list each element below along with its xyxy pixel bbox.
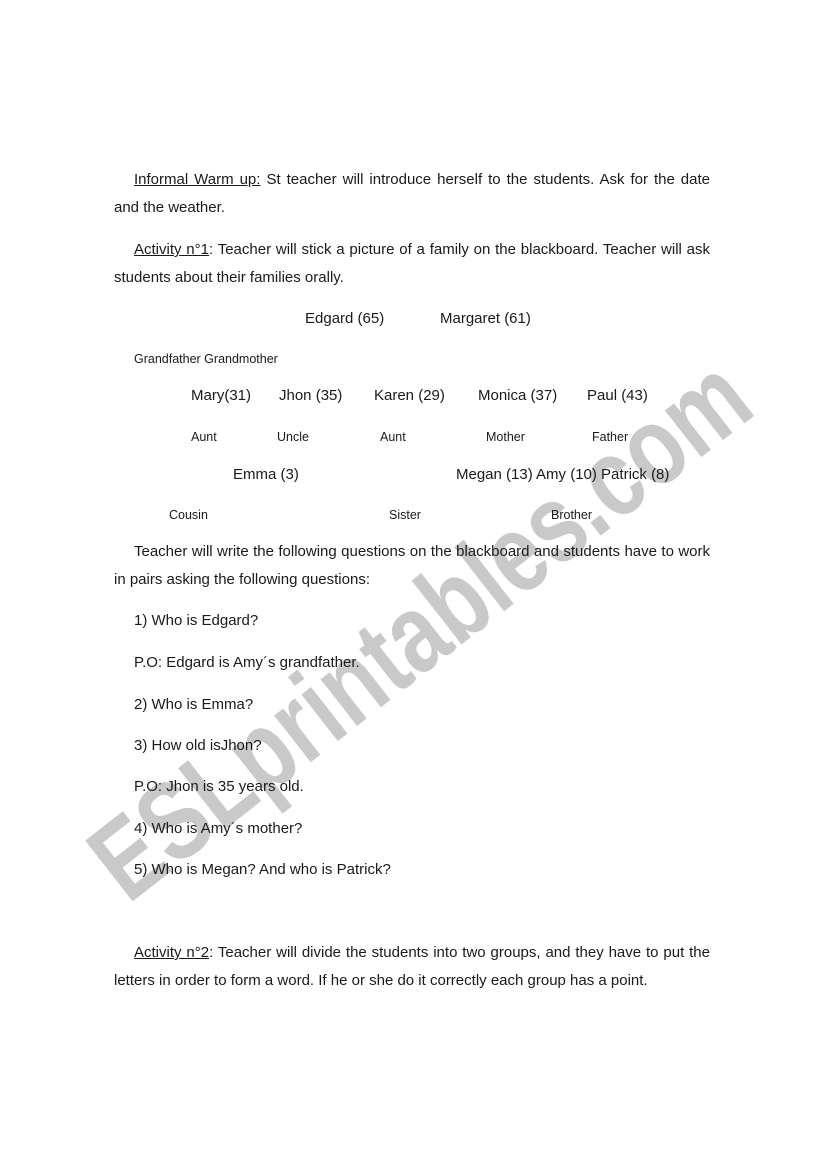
question-item: 4) Who is Amy´s mother? <box>134 820 302 837</box>
child-gen-relation: Sister <box>389 508 421 522</box>
activity1-paragraph: Activity n°1: Teacher will stick a pictu… <box>114 236 710 292</box>
activity2-heading: Activity n°2 <box>134 944 209 961</box>
grandfather-name: Edgard (65) <box>305 310 384 327</box>
question-item: 1) Who is Edgard? <box>134 612 258 629</box>
parent-gen-name: Mary(31) <box>191 387 251 404</box>
activity2-paragraph: Activity n°2: Teacher will divide the st… <box>114 939 710 995</box>
worksheet-page: ESLprintables.com Informal Warm up: St t… <box>0 0 826 1169</box>
parent-gen-name: Paul (43) <box>587 387 648 404</box>
warmup-heading: Informal Warm up: <box>134 171 260 188</box>
parent-gen-relation: Uncle <box>277 430 309 444</box>
parent-gen-relation: Father <box>592 430 628 444</box>
child-gen-relation: Brother <box>551 508 592 522</box>
questions-intro: Teacher will write the following questio… <box>114 538 710 594</box>
parent-gen-name: Jhon (35) <box>279 387 342 404</box>
parent-gen-name: Karen (29) <box>374 387 445 404</box>
question-item: 3) How old isJhon? <box>134 737 262 754</box>
warmup-paragraph: Informal Warm up: St teacher will introd… <box>114 166 710 222</box>
grandmother-name: Margaret (61) <box>440 310 531 327</box>
child-gen-name: Emma (3) <box>233 466 299 483</box>
parent-gen-relation: Aunt <box>191 430 217 444</box>
questions-intro-text: Teacher will write the following questio… <box>114 543 710 588</box>
child-gen-relation: Cousin <box>169 508 208 522</box>
model-answer: P.O: Jhon is 35 years old. <box>134 778 304 795</box>
question-item: 5) Who is Megan? And who is Patrick? <box>134 861 391 878</box>
grandparents-relation: Grandfather Grandmother <box>134 352 278 366</box>
parent-gen-name: Monica (37) <box>478 387 557 404</box>
model-answer: P.O: Edgard is Amy´s grandfather. <box>134 654 360 671</box>
activity1-heading: Activity n°1 <box>134 241 209 258</box>
parent-gen-relation: Mother <box>486 430 525 444</box>
child-gen-name: Megan (13) Amy (10) Patrick (8) <box>456 466 669 483</box>
parent-gen-relation: Aunt <box>380 430 406 444</box>
question-item: 2) Who is Emma? <box>134 696 253 713</box>
